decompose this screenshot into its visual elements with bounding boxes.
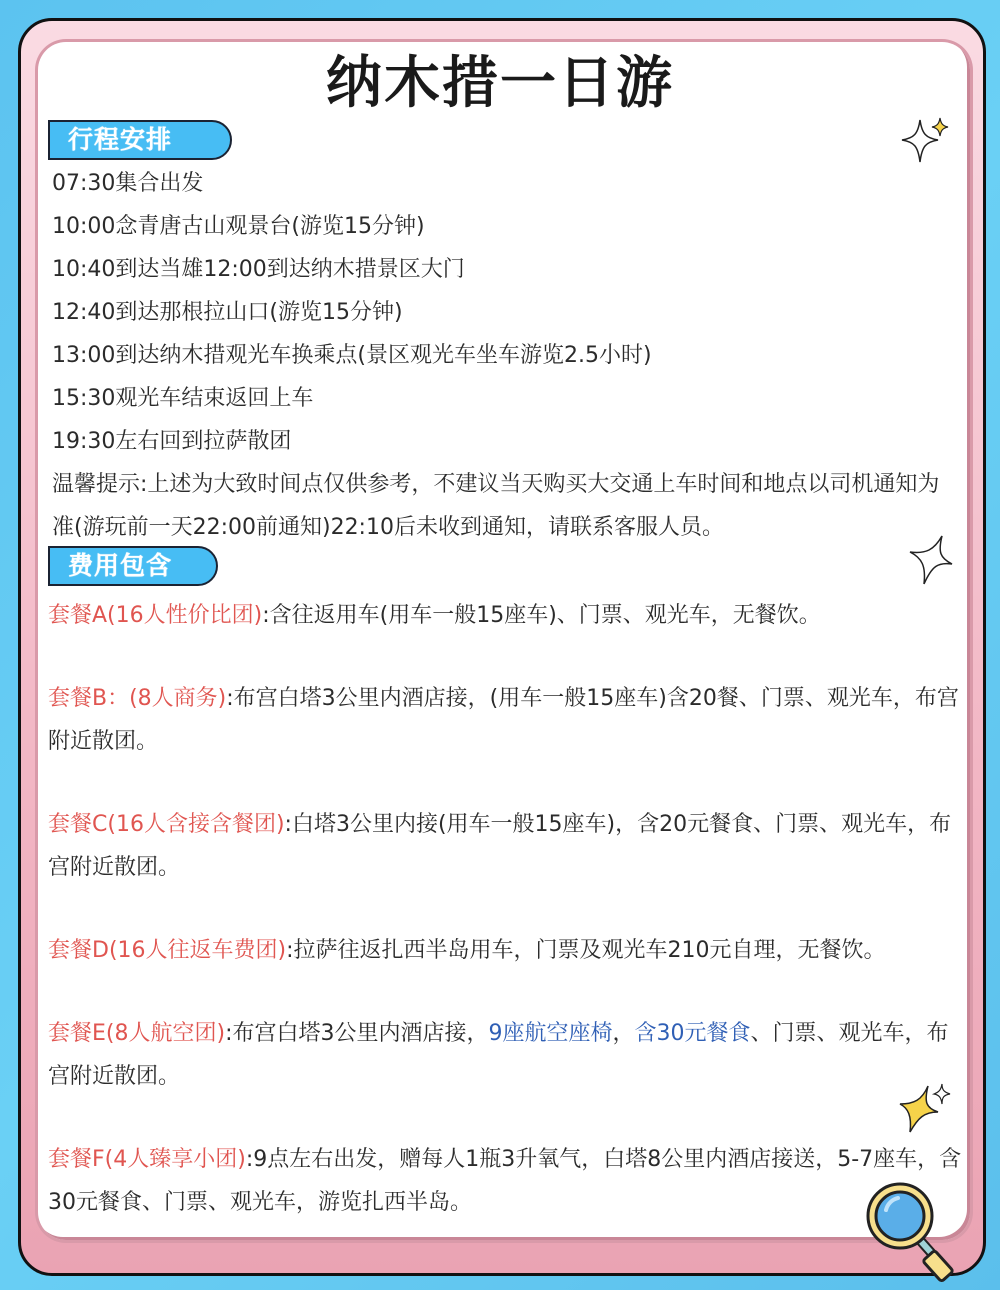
- itinerary-item: 15:30观光车结束返回上车: [52, 377, 957, 420]
- package-b: 套餐B：(8人商务):布宫白塔3公里内酒店接，(用车一般15座车)含20餐、门票…: [48, 677, 966, 763]
- sparkle-icon: [900, 116, 950, 166]
- package-name: 套餐D(16人往返车费团): [48, 938, 286, 963]
- package-name: 套餐F(4人臻享小团): [48, 1147, 246, 1172]
- package-name: 套餐A(16人性价比团): [48, 603, 262, 628]
- package-highlight: 含30元餐食: [635, 1021, 751, 1046]
- section-tag-fees: 费用包含: [48, 546, 218, 586]
- package-f: 套餐F(4人臻享小团):9点左右出发，赠每人1瓶3升氧气，白塔8公里内酒店接送，…: [48, 1138, 966, 1224]
- magnifier-icon: [862, 1180, 962, 1284]
- itinerary-item: 13:00到达纳木措观光车换乘点(景区观光车坐车游览2.5小时): [52, 334, 957, 377]
- package-d: 套餐D(16人往返车费团):拉萨往返扎西半岛用车，门票及观光车210元自理，无餐…: [48, 929, 966, 972]
- page-title: 纳木措一日游: [0, 50, 1000, 118]
- itinerary-item: 07:30集合出发: [52, 162, 957, 205]
- package-a: 套餐A(16人性价比团):含往返用车(用车一般15座车)、门票、观光车，无餐饮。: [48, 594, 966, 637]
- package-list: 套餐A(16人性价比团):含往返用车(用车一般15座车)、门票、观光车，无餐饮。…: [48, 594, 966, 1264]
- sparkle-icon: [898, 1082, 954, 1136]
- itinerary-list: 07:30集合出发 10:00念青唐古山观景台(游览15分钟) 10:40到达当…: [52, 162, 957, 549]
- itinerary-item: 19:30左右回到拉萨散团: [52, 420, 957, 463]
- package-name: 套餐C(16人含接含餐团): [48, 812, 285, 837]
- itinerary-item: 12:40到达那根拉山口(游览15分钟): [52, 291, 957, 334]
- section-tag-itinerary: 行程安排: [48, 120, 232, 160]
- package-desc: :含往返用车(用车一般15座车)、门票、观光车，无餐饮。: [262, 603, 821, 628]
- tip-text: 温馨提示:上述为大致时间点仅供参考，不建议当天购买大交通上车时间和地点以司机通知…: [52, 463, 957, 549]
- package-highlight: 9座航空座椅: [489, 1021, 613, 1046]
- package-name: 套餐E(8人航空团): [48, 1021, 225, 1046]
- package-e: 套餐E(8人航空团):布宫白塔3公里内酒店接，9座航空座椅，含30元餐食、门票、…: [48, 1012, 966, 1098]
- package-desc: :布宫白塔3公里内酒店接，: [225, 1021, 488, 1046]
- package-name: 套餐B：(8人商务): [48, 686, 226, 711]
- package-desc: ，: [613, 1021, 635, 1046]
- package-desc: :拉萨往返扎西半岛用车，门票及观光车210元自理，无餐饮。: [286, 938, 885, 963]
- itinerary-item: 10:00念青唐古山观景台(游览15分钟): [52, 205, 957, 248]
- itinerary-item: 10:40到达当雄12:00到达纳木措景区大门: [52, 248, 957, 291]
- package-c: 套餐C(16人含接含餐团):白塔3公里内接(用车一般15座车)，含20元餐食、门…: [48, 803, 966, 889]
- sparkle-icon: [908, 534, 956, 586]
